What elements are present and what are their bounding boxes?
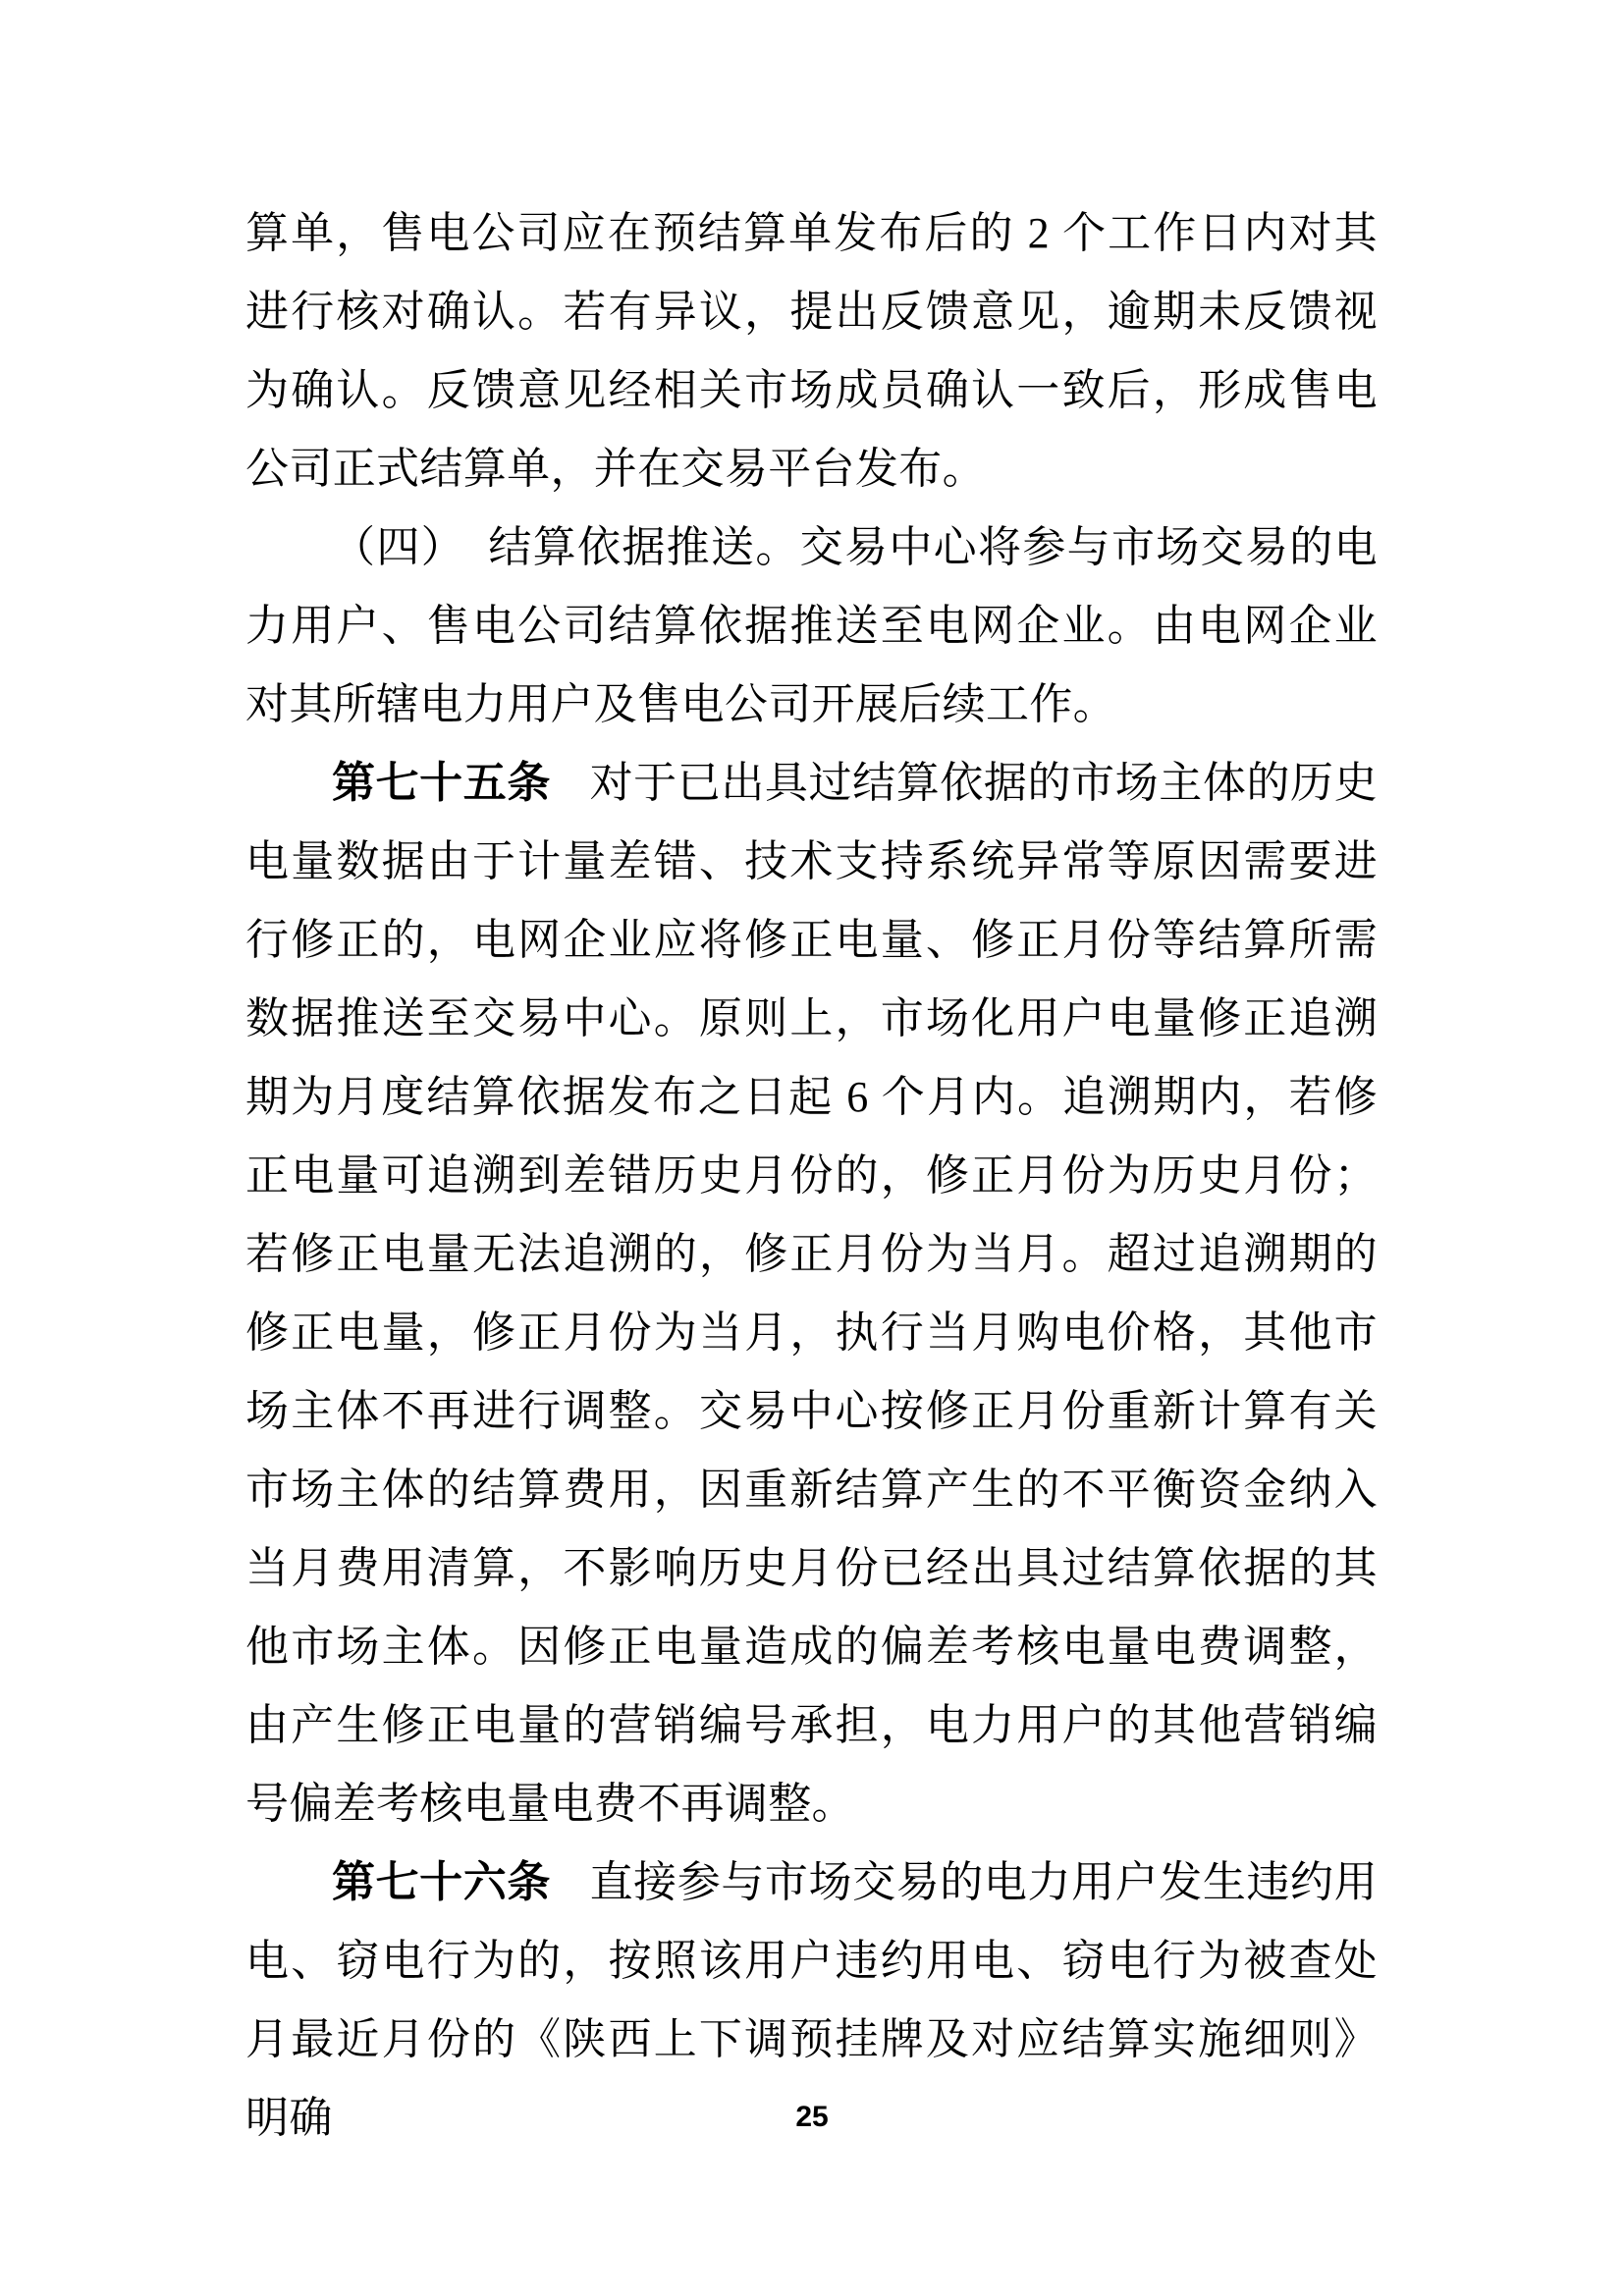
paragraph-text: 算单，售电公司应在预结算单发布后的 2 个工作日内对其进行核对确认。若有异议，提… bbox=[245, 209, 1378, 493]
article-76-heading: 第七十六条 bbox=[332, 1858, 551, 1906]
document-page: 算单，售电公司应在预结算单发布后的 2 个工作日内对其进行核对确认。若有异议，提… bbox=[0, 0, 1624, 2296]
paragraph-settlement-confirmation: 算单，售电公司应在预结算单发布后的 2 个工作日内对其进行核对确认。若有异议，提… bbox=[245, 194, 1378, 508]
paragraph-text: （四） 结算依据推送。交易中心将参与市场交易的电力用户、售电公司结算依据推送至电… bbox=[245, 523, 1378, 728]
paragraph-text: 对于已出具过结算依据的市场主体的历史电量数据由于计量差错、技术支持系统异常等原因… bbox=[245, 759, 1378, 1828]
document-body: 算单，售电公司应在预结算单发布后的 2 个工作日内对其进行核对确认。若有异议，提… bbox=[245, 194, 1378, 2158]
article-75-heading: 第七十五条 bbox=[332, 759, 551, 807]
paragraph-item-four-settlement-basis: （四） 结算依据推送。交易中心将参与市场交易的电力用户、售电公司结算依据推送至电… bbox=[245, 508, 1378, 744]
page-number: 25 bbox=[0, 2101, 1624, 2134]
paragraph-article-75: 第七十五条对于已出具过结算依据的市场主体的历史电量数据由于计量差错、技术支持系统… bbox=[245, 744, 1378, 1843]
